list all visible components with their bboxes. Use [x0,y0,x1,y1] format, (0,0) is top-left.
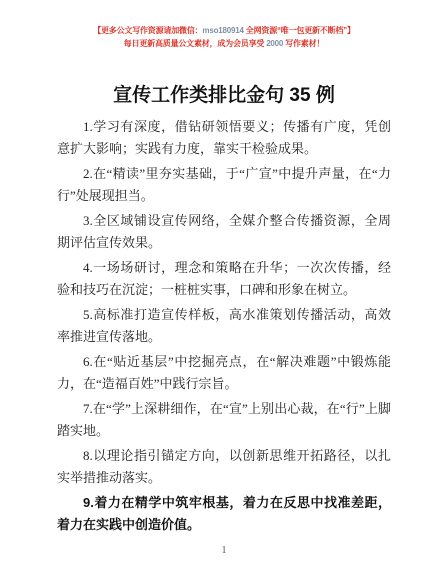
watermark-ad: 【更多公文写作资源请加微信：mso180914 全网资源“唯一包更新不断档”】 … [0,0,448,50]
watermark-wechat-id: mso180914 [202,26,243,35]
watermark-line-1: 【更多公文写作资源请加微信：mso180914 全网资源“唯一包更新不断档”】 [0,24,448,37]
watermark-line1-prefix: 【更多公文写作资源请加微信： [93,26,202,35]
paragraph-9: 9.着力在精学中筑牢根基，着力在反思中找准差距，着力在实践中创造价值。 [57,492,391,535]
watermark-line-2: 每日更新高质量公文素材，成为会员享受 2000 写作素材！ [0,37,448,50]
paragraph-2: 2.在“精读”里夯实基础，于“广宣”中提升声量，在“力行”处展现担当。 [57,163,391,206]
paragraph-6: 6.在“贴近基层”中挖掘亮点，在“解决难题”中锻炼能力，在“造福百姓”中践行宗旨… [57,351,391,394]
paragraph-7: 7.在“学”上深耕细作，在“宣”上别出心裁，在“行”上脚踏实地。 [57,398,391,441]
paragraph-4: 4.一场场研讨，理念和策略在升华；一次次传播，经验和技巧在沉淀；一桩桩实事，口碑… [57,257,391,300]
watermark-member-count: 2000 [266,39,283,48]
watermark-line2-suffix: 写作素材！ [283,39,324,48]
paragraph-5: 5.高标准打造宣传样板，高水准策划传播活动，高效率推进宣传落地。 [57,304,391,347]
paragraph-3: 3.全区域铺设宣传网络，全媒介整合传播资源，全周期评估宣传效果。 [57,210,391,253]
document-title: 宣传工作类排比金句 35 例 [0,84,448,108]
document-page: 【更多公文写作资源请加微信：mso180914 全网资源“唯一包更新不断档”】 … [0,0,448,580]
page-number: 1 [0,545,448,556]
paragraph-1: 1.学习有深度，借钻研领悟要义；传播有广度，凭创意扩大影响；实践有力度，靠实干检… [57,116,391,159]
document-body: 1.学习有深度，借钻研领悟要义；传播有广度，凭创意扩大影响；实践有力度，靠实干检… [0,116,448,535]
watermark-line2-prefix: 每日更新高质量公文素材，成为会员享受 [124,39,266,48]
paragraph-8: 8.以理论指引锚定方向，以创新思维开拓路径，以扎实举措推动落实。 [57,445,391,488]
watermark-line1-suffix: 全网资源“唯一包更新不断档”】 [244,26,355,35]
